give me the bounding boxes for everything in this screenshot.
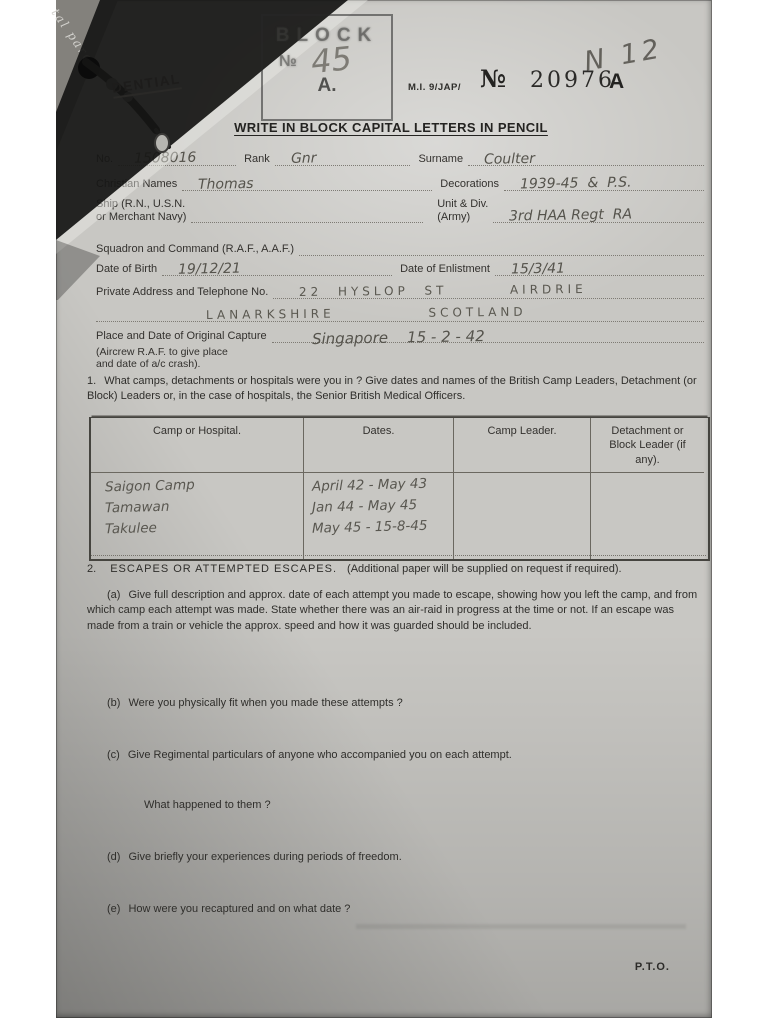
item-a-letter: (a) xyxy=(107,589,128,601)
question-2-title: ESCAPES OR ATTEMPTED ESCAPES. xyxy=(110,563,347,575)
decorations-field: 1939-45 & P.S. xyxy=(504,175,704,191)
item-d-letter: (d) xyxy=(107,851,128,863)
decorations-value: 1939-45 & P.S. xyxy=(504,173,704,192)
table-header-leader: Camp Leader. xyxy=(454,418,591,473)
question-1-number: 1. xyxy=(87,375,104,387)
enlistment-field: 15/3/41 xyxy=(495,260,704,276)
camp-leader-entry xyxy=(454,473,590,477)
stamp-no-sign: № xyxy=(279,53,297,70)
block-stamp: BLOCK № 45 A. xyxy=(261,14,393,121)
row-address-2: LANARKSHIRE SCOTLAND xyxy=(96,306,704,322)
question-item-b: (b)Were you physically fit when you made… xyxy=(87,696,700,711)
item-e-letter: (e) xyxy=(107,903,128,915)
question-2-note: (Additional paper will be supplied on re… xyxy=(347,563,622,575)
table-header-camp: Camp or Hospital. xyxy=(91,418,304,473)
capture-label: Place and Date of Original Capture xyxy=(96,330,272,343)
surname-value: Coulter xyxy=(468,148,704,168)
detachment-leader-column xyxy=(591,473,704,559)
question-2-number: 2. xyxy=(87,563,110,575)
enlistment-label: Date of Enlistment xyxy=(400,263,495,276)
pto-note: P.T.O. xyxy=(635,961,670,973)
camp-leader-column xyxy=(454,473,591,559)
detachment-leader-entry xyxy=(591,473,704,476)
capture-field: Singapore 15 - 2 - 42 xyxy=(272,327,704,343)
fold-lower-shadow xyxy=(56,240,100,300)
item-e-text: How were you recaptured and on what date… xyxy=(128,903,350,915)
item-c-text: Give Regimental particulars of anyone wh… xyxy=(128,749,512,761)
serial-no-sign: № xyxy=(480,64,506,93)
question-item-d: (d)Give briefly your experiences during … xyxy=(87,850,700,865)
address-value-line2: LANARKSHIRE SCOTLAND xyxy=(96,303,704,323)
decorations-label: Decorations xyxy=(440,178,504,191)
question-1: 1.What camps, detachments or hospitals w… xyxy=(87,374,700,405)
question-1-text: What camps, detachments or hospitals wer… xyxy=(87,375,697,402)
question-item-c: (c)Give Regimental particulars of anyone… xyxy=(87,748,700,763)
enlistment-value: 15/3/41 xyxy=(495,258,704,278)
pencil-smudge xyxy=(356,924,686,929)
item-d-text: Give briefly your experiences during per… xyxy=(128,851,401,863)
item-c-letter: (c) xyxy=(107,749,128,761)
capture-note-line1: (Aircrew R.A.F. to give place xyxy=(96,346,228,358)
table-header-dates: Dates. xyxy=(304,418,454,473)
address-field-2: LANARKSHIRE SCOTLAND xyxy=(96,306,704,322)
surname-label: Surname xyxy=(418,153,468,166)
question-item-a: (a)Give full description and approx. dat… xyxy=(87,588,700,634)
unit-field: 3rd HAA Regt RA xyxy=(493,207,704,223)
series-letter: A xyxy=(609,70,624,94)
form-paper: tal parce DENTIAL BLOCK № 45 A. M.I. 9/J… xyxy=(56,0,712,1018)
unit-label: Unit & Div. (Army) xyxy=(437,198,493,223)
surname-field: Coulter xyxy=(468,150,704,166)
item-b-text: Were you physically fit when you made th… xyxy=(128,697,402,709)
dates-entry: May 45 - 15-8-45 xyxy=(304,515,453,540)
unit-value: 3rd HAA Regt RA xyxy=(493,205,704,225)
capture-value: Singapore 15 - 2 - 42 xyxy=(271,323,704,349)
item-b-letter: (b) xyxy=(107,697,128,709)
table-header-detachment: Detachment or Block Leader (if any). xyxy=(591,418,704,473)
question-item-what-happened: What happened to them ? xyxy=(144,798,700,813)
question-item-e: (e)How were you recaptured and on what d… xyxy=(87,902,700,917)
camps-table: Camp or Hospital. Dates. Camp Leader. De… xyxy=(89,417,710,561)
item-a-text: Give full description and approx. date o… xyxy=(87,589,697,632)
capture-note-line2: and date of a/c crash). xyxy=(96,358,200,370)
question-2-heading: 2.ESCAPES OR ATTEMPTED ESCAPES.(Addition… xyxy=(87,562,700,577)
stamp-block-number: 45 xyxy=(309,39,353,81)
punch-hole xyxy=(155,134,169,152)
pencil-annotation: N 12 xyxy=(582,33,665,77)
dates-column: April 42 - May 43 Jan 44 - May 45 May 45… xyxy=(304,473,454,559)
form-reference: M.I. 9/JAP/ xyxy=(408,82,461,93)
row-capture: Place and Date of Original Capture Singa… xyxy=(96,327,704,343)
camp-column: Saigon Camp Tamawan Takulee xyxy=(91,473,304,559)
what-happened-text: What happened to them ? xyxy=(144,799,271,811)
camp-entry: Takulee xyxy=(91,514,303,541)
